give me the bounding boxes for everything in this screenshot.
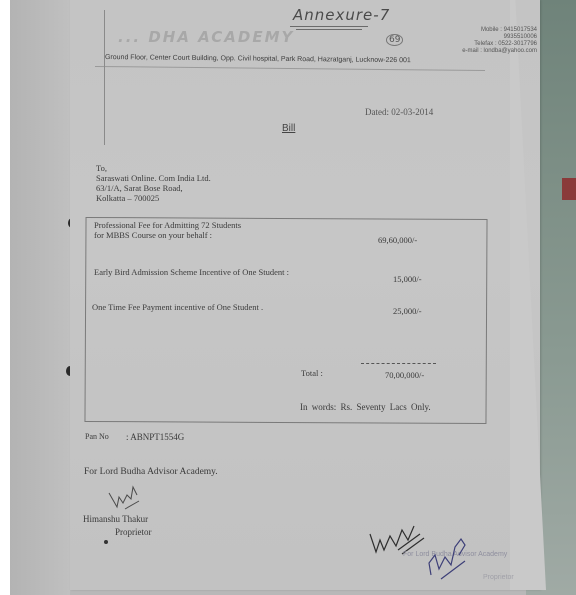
signature-blue: [425, 535, 475, 585]
signature-left: [105, 483, 145, 513]
item-1-line1: Professional Fee for Admitting 72 Studen…: [94, 220, 241, 230]
letterhead-contact: Mobile : 9415017534 9935510006 Telefax :…: [432, 27, 537, 55]
recipient-to: To,: [96, 163, 211, 173]
item-3-amount: 25,000/-: [393, 306, 422, 316]
signatory-title: Proprietor: [115, 527, 152, 537]
item-3-description: One Time Fee Payment incentive of One St…: [92, 302, 263, 312]
bill-title: Bill: [282, 123, 295, 134]
total-label: Total :: [301, 368, 323, 378]
pan-label: Pan No: [85, 432, 109, 441]
amount-in-words: In words: Rs. Seventy Lacs Only.: [300, 402, 431, 412]
background-red-object: [562, 178, 576, 200]
item-2-description: Early Bird Admission Scheme Incentive of…: [94, 267, 289, 277]
mobile-number: Mobile : 9415017534: [432, 27, 537, 34]
recipient-name: Saraswati Online. Com India Ltd.: [96, 173, 211, 183]
signatory-name: Himanshu Thakur: [83, 514, 148, 524]
recipient-block: To, Saraswati Online. Com India Ltd. 63/…: [96, 163, 211, 203]
item-1-line2: for MBBS Course on your behalf :: [94, 230, 241, 240]
bill-date: Dated: 02-03-2014: [365, 107, 433, 117]
margin-rule: [104, 10, 105, 145]
ink-dot: [104, 540, 108, 544]
total-separator: [361, 363, 436, 364]
bill-items-box: [84, 217, 487, 424]
letterhead-logo: ... DHA ACADEMY: [118, 28, 294, 46]
annexure-underline: [290, 26, 368, 27]
item-1-amount: 69,60,000/-: [378, 235, 417, 245]
item-2-amount: 15,000/-: [393, 274, 422, 284]
stamp-title: Proprietor: [483, 574, 514, 581]
recipient-address-line1: 63/1/A, Sarat Bose Road,: [96, 183, 211, 193]
total-amount: 70,00,000/-: [385, 370, 424, 380]
annexure-label: Annexure-7: [293, 6, 390, 24]
annexure-underline: [296, 29, 362, 30]
item-1-description: Professional Fee for Admitting 72 Studen…: [94, 220, 241, 240]
paper-stack-edge: [10, 0, 70, 595]
recipient-address-line2: Kolkatta – 700025: [96, 193, 211, 203]
for-company: For Lord Budha Advisor Academy.: [84, 467, 218, 477]
email-address: e-mail : londba@yahoo.com: [432, 48, 537, 55]
mobile-number-2: 9935510006: [432, 34, 537, 41]
pan-value: : ABNPT1554G: [126, 432, 184, 442]
telefax-number: Telefax : 0522-3017796: [432, 41, 537, 48]
